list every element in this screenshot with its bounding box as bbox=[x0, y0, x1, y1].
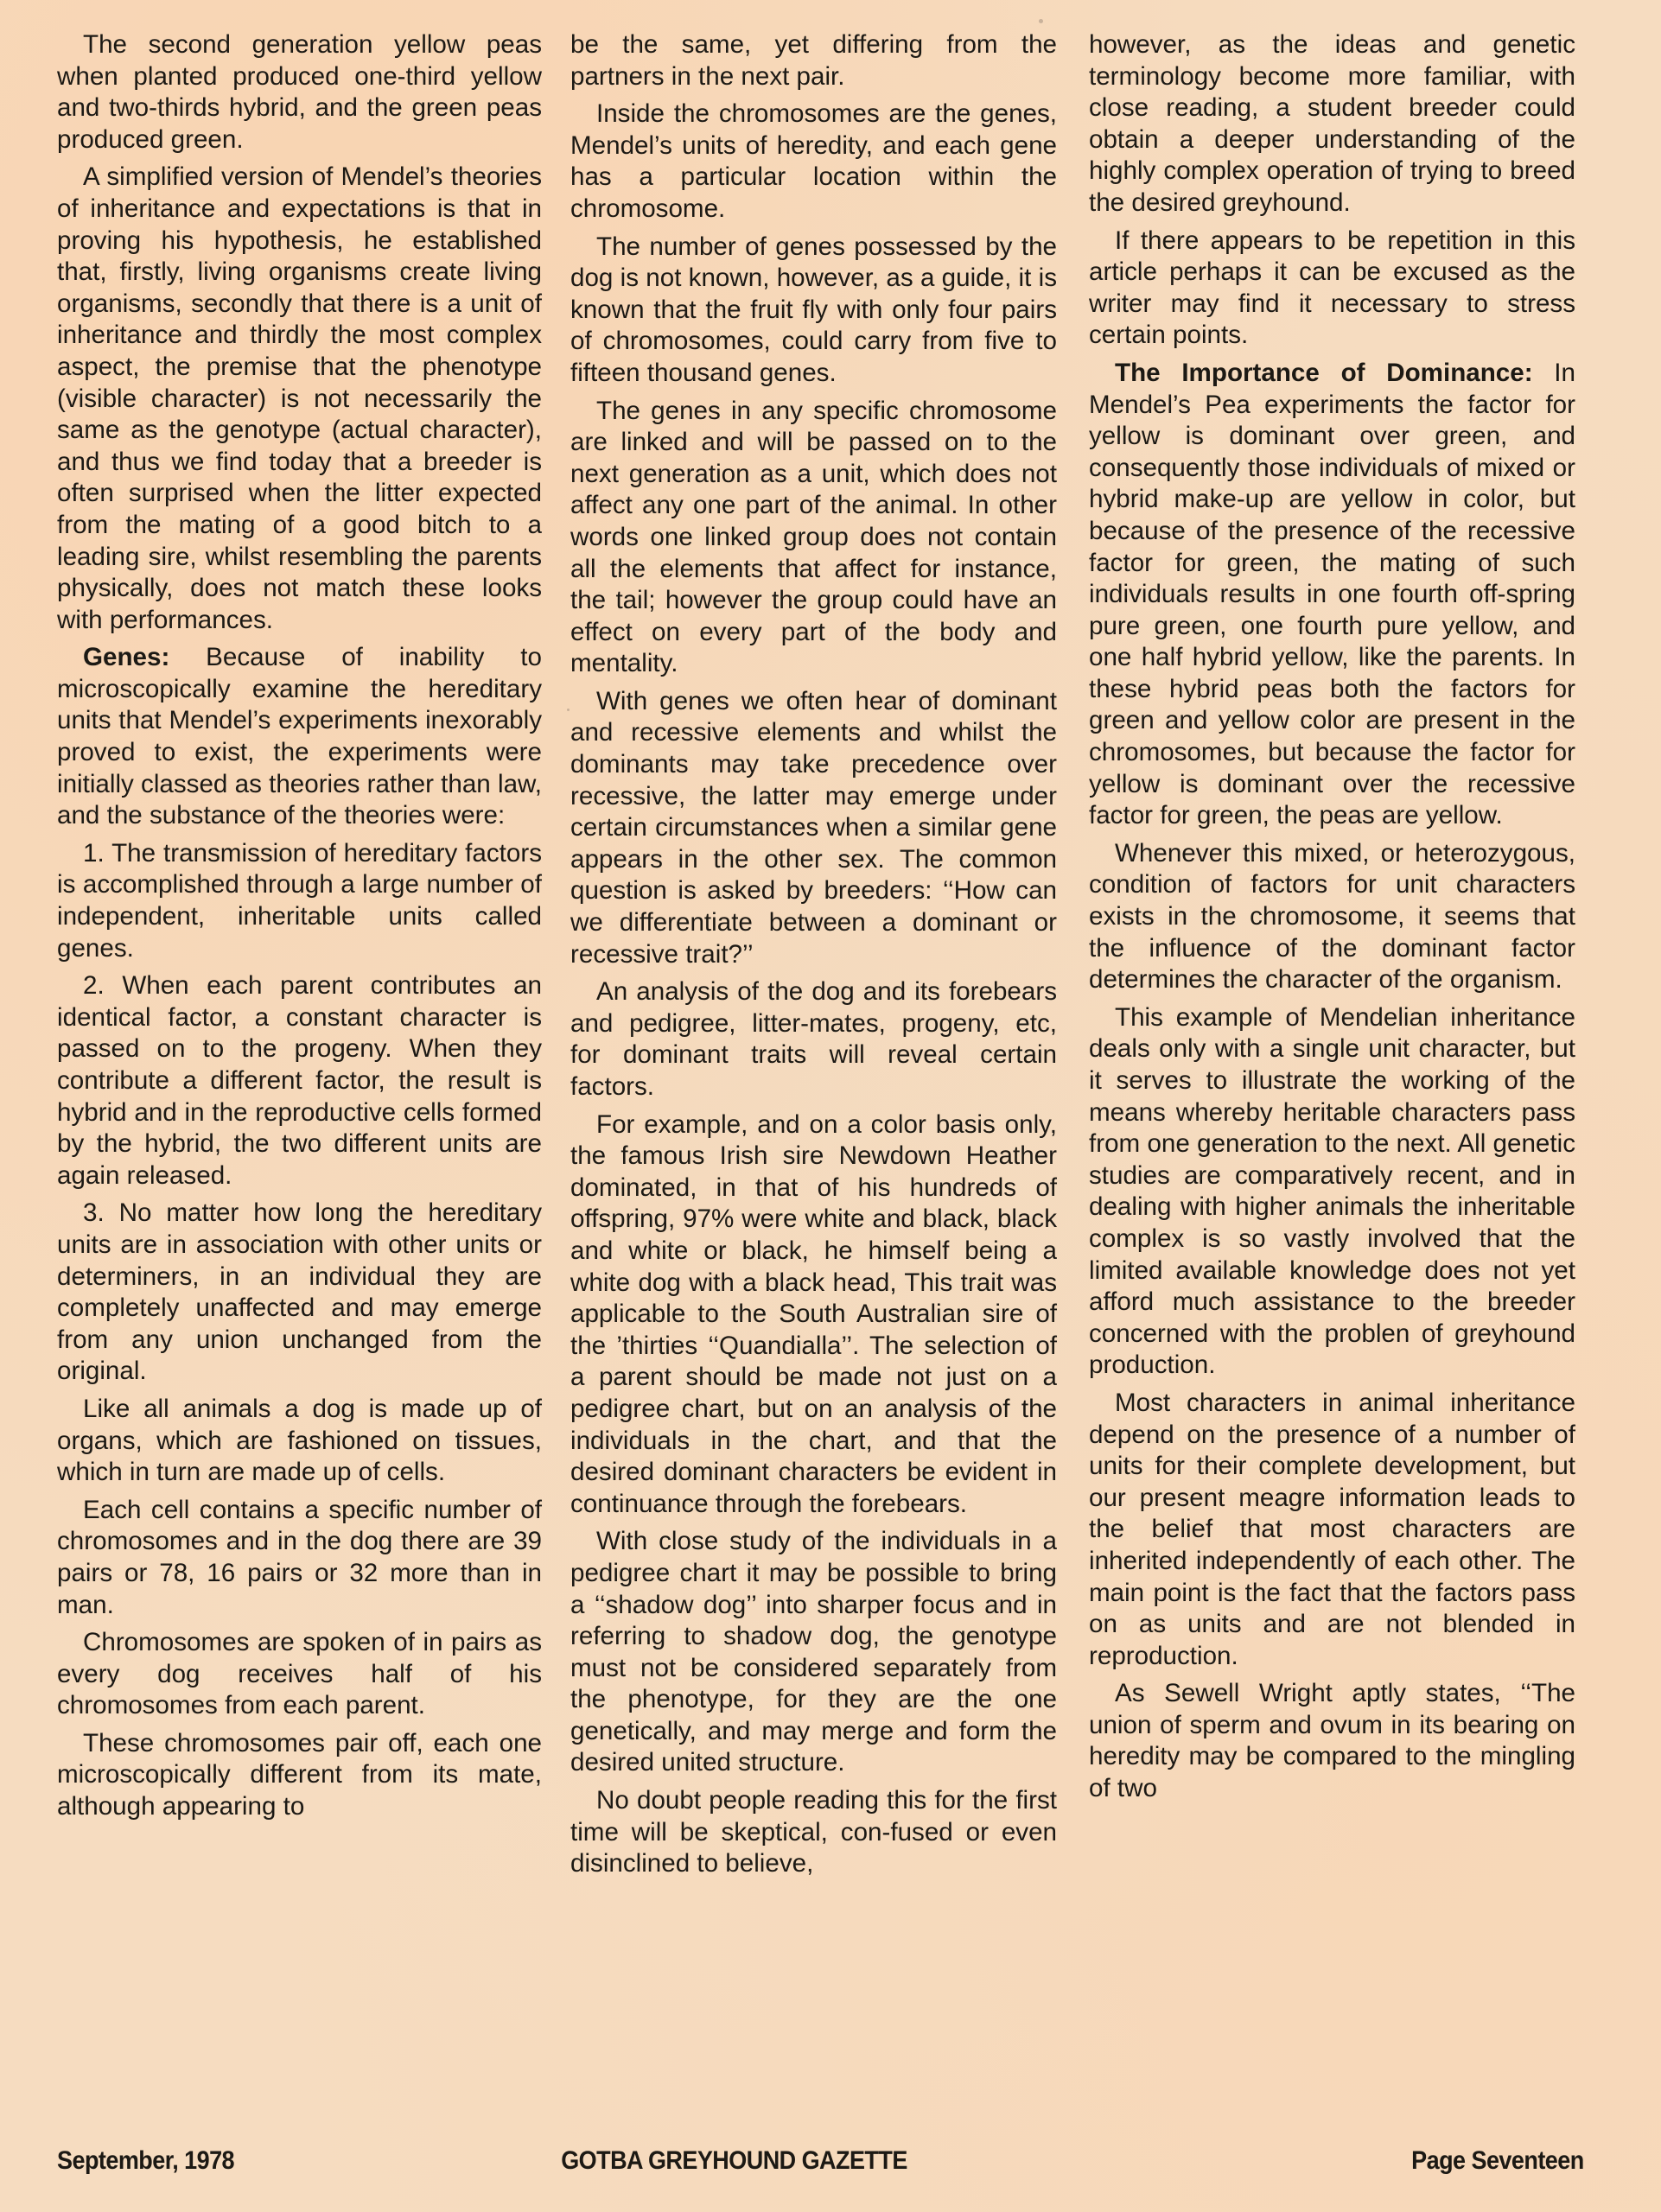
paragraph-text: 1. The transmission of hereditary factor… bbox=[57, 839, 542, 963]
body-paragraph: If there appears to be repetition in thi… bbox=[1089, 226, 1575, 352]
page-footer: September, 1978 GOTBA GREYHOUND GAZETTE … bbox=[57, 2146, 1431, 2181]
text-column-3: however, as the ideas and genetic termin… bbox=[1089, 29, 1575, 1811]
footer-page-number: Page Seventeen bbox=[1411, 2146, 1584, 2176]
body-paragraph: The number of genes possessed by the dog… bbox=[570, 232, 1057, 390]
body-paragraph: Inside the chromosomes are the genes, Me… bbox=[570, 99, 1057, 225]
body-paragraph: Like all animals a dog is made up of org… bbox=[57, 1394, 542, 1489]
paragraph-text: Each cell contains a specific number of … bbox=[57, 1496, 542, 1619]
body-paragraph: With genes we often hear of dominant and… bbox=[570, 686, 1057, 970]
paragraph-text: No doubt people reading this for the fir… bbox=[570, 1786, 1057, 1878]
body-paragraph: Whenever this mixed, or heterozygous, co… bbox=[1089, 838, 1575, 996]
body-paragraph: The genes in any specific chromosome are… bbox=[570, 396, 1057, 680]
body-paragraph: 2. When each parent contributes an ident… bbox=[57, 970, 542, 1192]
text-column-2: be the same, yet differing from the part… bbox=[570, 29, 1057, 1886]
text-column-1: The second generation yellow peas when p… bbox=[57, 29, 542, 1829]
body-paragraph: be the same, yet differing from the part… bbox=[570, 29, 1057, 92]
body-paragraph: For example, and on a color basis only, … bbox=[570, 1109, 1057, 1521]
paragraph-text: be the same, yet differing from the part… bbox=[570, 30, 1057, 91]
paragraph-text: With genes we often hear of dominant and… bbox=[570, 687, 1057, 969]
print-speck bbox=[567, 709, 570, 711]
body-paragraph: With close study of the individuals in a… bbox=[570, 1526, 1057, 1779]
body-paragraph: This example of Mendelian inheritance de… bbox=[1089, 1002, 1575, 1382]
section-paragraph: The Importance of Dominance: In Mendel’s… bbox=[1089, 358, 1575, 832]
paragraph-text: 3. No matter how long the hereditary uni… bbox=[57, 1198, 542, 1385]
body-paragraph: 1. The transmission of hereditary factor… bbox=[57, 838, 542, 964]
paragraph-text: This example of Mendelian inheritance de… bbox=[1089, 1003, 1575, 1380]
body-paragraph: Most characters in animal inheritance de… bbox=[1089, 1388, 1575, 1672]
paragraph-text: With close study of the individuals in a… bbox=[570, 1527, 1057, 1777]
body-paragraph: As Sewell Wright aptly states, ‘‘The uni… bbox=[1089, 1678, 1575, 1804]
section-paragraph: Genes: Because of inability to microscop… bbox=[57, 642, 542, 832]
body-paragraph: These chromosomes pair off, each one mic… bbox=[57, 1728, 542, 1823]
paragraph-text: Inside the chromosomes are the genes, Me… bbox=[570, 99, 1057, 223]
body-paragraph: Chromosomes are spoken of in pairs as ev… bbox=[57, 1627, 542, 1722]
paragraph-text: For example, and on a color basis only, … bbox=[570, 1110, 1057, 1518]
paragraph-text: An analysis of the dog and its forebears… bbox=[570, 977, 1057, 1101]
body-paragraph: 3. No matter how long the hereditary uni… bbox=[57, 1198, 542, 1388]
paragraph-text: The second generation yellow peas when p… bbox=[57, 30, 542, 154]
footer-date: September, 1978 bbox=[57, 2146, 234, 2176]
body-paragraph: The second generation yellow peas when p… bbox=[57, 29, 542, 156]
paragraph-text: In Mendel’s Pea experiments the factor f… bbox=[1089, 359, 1575, 829]
paragraph-text: These chromosomes pair off, each one mic… bbox=[57, 1729, 542, 1821]
paragraph-text: Like all animals a dog is made up of org… bbox=[57, 1395, 542, 1486]
paragraph-text: Chromosomes are spoken of in pairs as ev… bbox=[57, 1628, 542, 1719]
paragraph-text: however, as the ideas and genetic termin… bbox=[1089, 30, 1575, 217]
footer-publication-title: GOTBA GREYHOUND GAZETTE bbox=[561, 2146, 907, 2176]
paragraph-text: As Sewell Wright aptly states, ‘‘The uni… bbox=[1089, 1679, 1575, 1802]
body-paragraph: Each cell contains a specific number of … bbox=[57, 1495, 542, 1621]
print-speck bbox=[1039, 19, 1043, 23]
section-heading: Genes: bbox=[83, 643, 169, 671]
paragraph-text: 2. When each parent contributes an ident… bbox=[57, 971, 542, 1190]
paragraph-text: If there appears to be repetition in thi… bbox=[1089, 226, 1575, 350]
paragraph-text: A simplified version of Mendel’s theorie… bbox=[57, 162, 542, 633]
magazine-page: The second generation yellow peas when p… bbox=[0, 0, 1661, 2212]
body-paragraph: however, as the ideas and genetic termin… bbox=[1089, 29, 1575, 219]
section-heading: The Importance of Dominance: bbox=[1115, 359, 1533, 387]
paragraph-text: Most characters in animal inheritance de… bbox=[1089, 1389, 1575, 1670]
paragraph-text: Whenever this mixed, or heterozygous, co… bbox=[1089, 839, 1575, 994]
body-paragraph: No doubt people reading this for the fir… bbox=[570, 1785, 1057, 1880]
body-paragraph: A simplified version of Mendel’s theorie… bbox=[57, 162, 542, 636]
body-paragraph: An analysis of the dog and its forebears… bbox=[570, 976, 1057, 1103]
paragraph-text: The genes in any specific chromosome are… bbox=[570, 397, 1057, 678]
paragraph-text: The number of genes possessed by the dog… bbox=[570, 232, 1057, 387]
